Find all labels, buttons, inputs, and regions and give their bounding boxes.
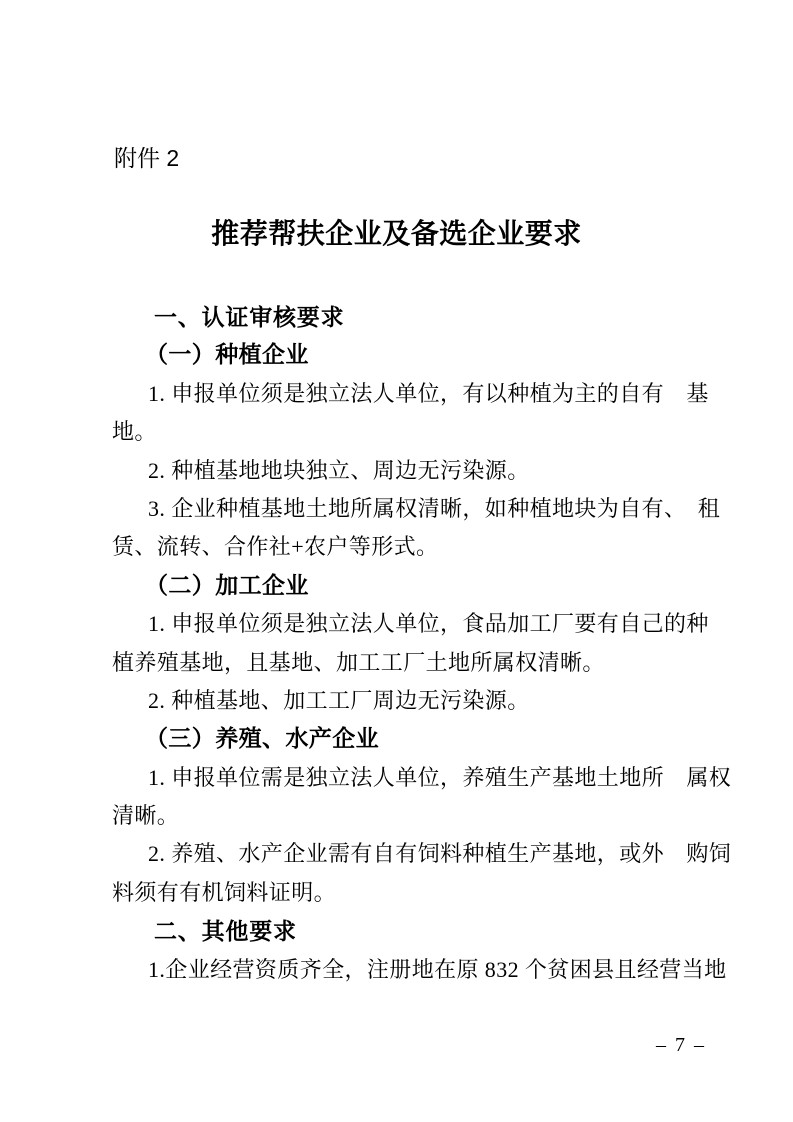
body-text-line: 料须有有机饲料证明。 [112,874,712,912]
document-title: 推荐帮扶企业及备选企业要求 [0,212,793,252]
body-text-line: 2. 种植基地、加工工厂周边无污染源。 [112,682,712,720]
document-body: 一、认证审核要求（一）种植企业1. 申报单位须是独立法人单位，有以种植为主的自有… [112,298,712,989]
attachment-label: 附件 2 [114,142,179,174]
section-heading: 二、其他要求 [112,912,712,950]
body-text-line: 清晰。 [112,797,712,835]
body-text-line: 1.企业经营资质齐全，注册地在原 832 个贫困县且经营当地 [112,951,712,989]
page-number: – 7 – [656,1034,706,1057]
body-text-line: 1. 申报单位需是独立法人单位，养殖生产基地土地所 属权 [112,759,712,797]
document-page: 附件 2 推荐帮扶企业及备选企业要求 一、认证审核要求（一）种植企业1. 申报单… [0,0,793,1122]
body-text-line: 植养殖基地，且基地、加工工厂土地所属权清晰。 [112,644,712,682]
body-text-line: 1. 申报单位须是独立法人单位，有以种植为主的自有 基 [112,375,712,413]
body-text-line: 1. 申报单位须是独立法人单位，食品加工厂要有自己的种 [112,605,712,643]
section-heading: 一、认证审核要求 [112,298,712,336]
section-heading: （一）种植企业 [112,336,712,374]
body-text-line: 2. 养殖、水产企业需有自有饲料种植生产基地，或外 购饲 [112,835,712,873]
body-text-line: 3. 企业种植基地土地所属权清晰，如种植地块为自有、 租 [112,490,712,528]
section-heading: （二）加工企业 [112,567,712,605]
body-text-line: 2. 种植基地地块独立、周边无污染源。 [112,452,712,490]
body-text-line: 地。 [112,413,712,451]
section-heading: （三）养殖、水产企业 [112,720,712,758]
body-text-line: 赁、流转、合作社+农户等形式。 [112,528,712,566]
